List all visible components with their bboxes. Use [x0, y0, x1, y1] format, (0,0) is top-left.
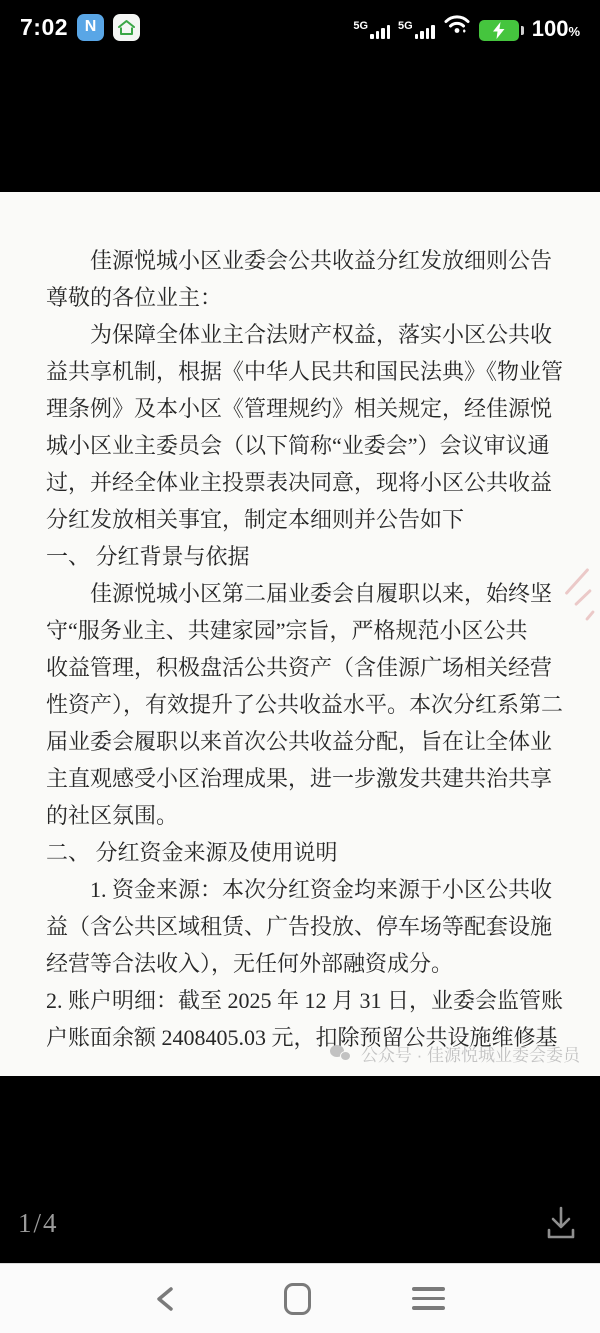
download-icon[interactable] — [544, 1204, 578, 1242]
wechat-official-account-icon — [330, 1045, 354, 1063]
signal-strength-icon-sim2: 5G — [398, 25, 435, 42]
menu-lines-icon — [412, 1287, 445, 1310]
doc-section-heading-1: 一、 分红背景与依据 — [46, 538, 566, 575]
battery-charging-icon — [479, 20, 524, 42]
doc-line: 的社区氛围。 — [46, 797, 566, 834]
android-nav-bar — [0, 1263, 600, 1333]
doc-line: 理条例》及本小区《管理规约》相关规定，经佳源悦 — [46, 390, 566, 427]
doc-title: 佳源悦城小区业委会公共收益分红发放细则公告 — [46, 242, 566, 279]
doc-line: 益（含公共区域租赁、广告投放、停车场等配套设施 — [46, 908, 566, 945]
status-bar: 7:02 N 5G 5G — [0, 0, 600, 54]
doc-line: 过，并经全体业主投票表决同意，现将小区公共收益 — [46, 464, 566, 501]
doc-line: 性资产），有效提升了公共收益水平。本次分红系第二 — [46, 686, 566, 723]
doc-line: 2. 账户明细：截至 2025 年 12 月 31 日，业委会监管账 — [46, 982, 566, 1019]
nfc-icon: N — [77, 14, 104, 41]
doc-line: 尊敬的各位业主： — [46, 279, 566, 316]
wifi-icon — [443, 13, 471, 42]
home-square-icon — [284, 1283, 311, 1315]
battery-percent-label: 100% — [532, 16, 580, 42]
doc-line: 1. 资金来源：本次分红资金均来源于小区公共收 — [46, 871, 566, 908]
doc-line: 主直观感受小区治理成果，进一步激发共建共治共享 — [46, 760, 566, 797]
doc-line: 届业委会履职以来首次公共收益分配，旨在让全体业 — [46, 723, 566, 760]
doc-line: 为保障全体业主合法财产权益，落实小区公共收 — [46, 316, 566, 353]
doc-line: 收益管理，积极盘活公共资产（含佳源广场相关经营 — [46, 649, 566, 686]
document-page[interactable]: 佳源悦城小区业委会公共收益分红发放细则公告 尊敬的各位业主： 为保障全体业主合法… — [0, 192, 600, 1076]
viewer-bottom-bar: 1/4 — [0, 1076, 600, 1263]
nav-home-button[interactable] — [265, 1264, 329, 1333]
doc-line: 分红发放相关事宜，制定本细则并公告如下 — [46, 501, 566, 538]
phone-screen: 7:02 N 5G 5G — [0, 0, 600, 1333]
page-indicator: 1/4 — [18, 1208, 59, 1239]
doc-line: 益共享机制，根据《中华人民共和国民法典》《物业管 — [46, 353, 566, 390]
signal-strength-icon-sim1: 5G — [353, 25, 390, 42]
document-text: 佳源悦城小区业委会公共收益分红发放细则公告 尊敬的各位业主： 为保障全体业主合法… — [46, 242, 566, 1056]
doc-line: 经营等合法收入），无任何外部融资成分。 — [46, 945, 566, 982]
smart-home-app-icon — [113, 14, 140, 41]
watermark: 公众号 · 佳源悦城业委会委员 — [330, 1041, 580, 1066]
nav-recents-button[interactable] — [396, 1264, 460, 1333]
doc-line: 守“服务业主、共建家园”宗旨，严格规范小区公共 — [46, 612, 566, 649]
doc-line: 城小区业主委员会（以下简称“业委会”）会议审议通 — [46, 427, 566, 464]
nav-back-button[interactable] — [133, 1264, 197, 1333]
watermark-text: 公众号 · 佳源悦城业委会委员 — [361, 1041, 580, 1066]
doc-line: 佳源悦城小区第二届业委会自履职以来，始终坚 — [46, 575, 566, 612]
doc-section-heading-2: 二、 分红资金来源及使用说明 — [46, 834, 566, 871]
status-time: 7:02 — [20, 14, 68, 41]
